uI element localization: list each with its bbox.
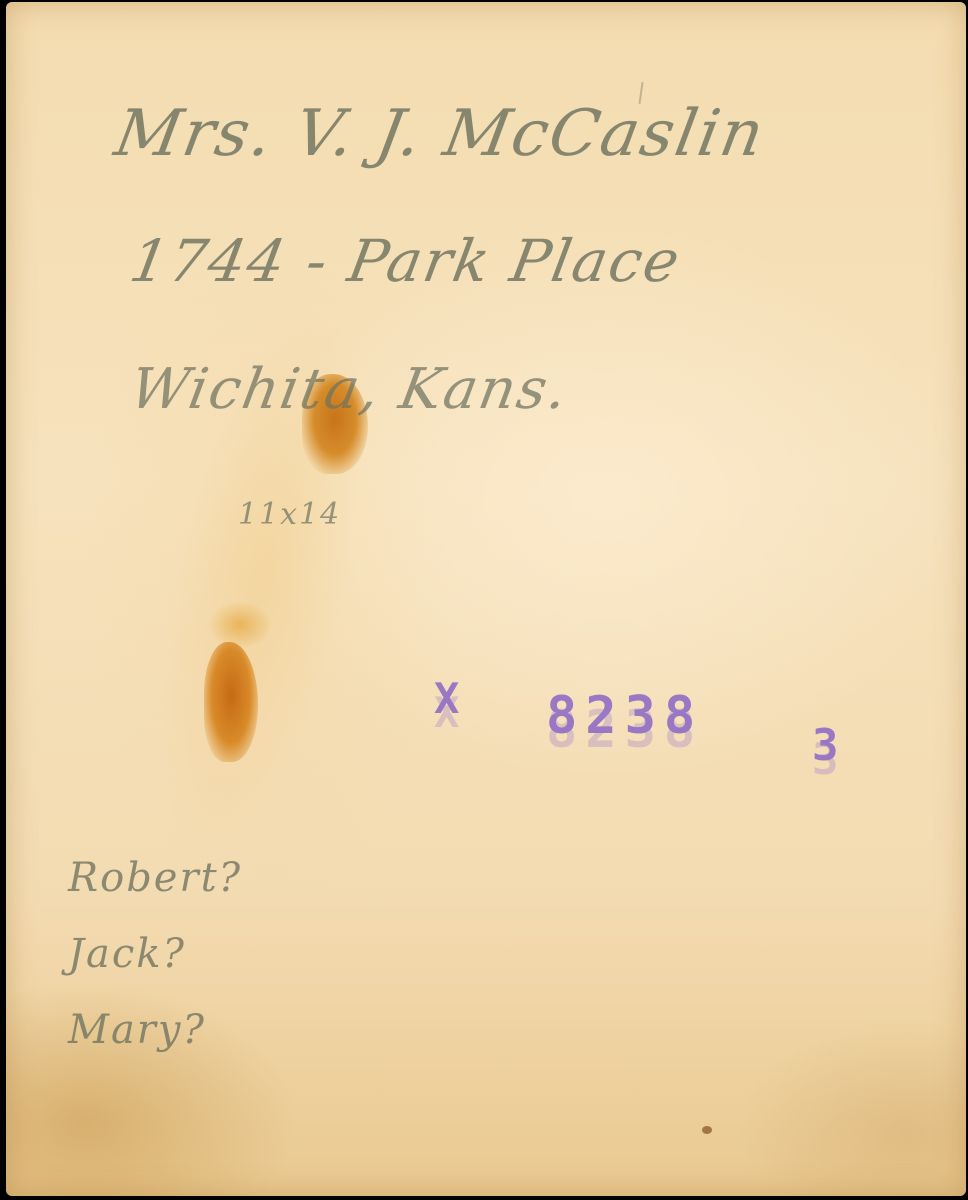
stamp-suffix: 3 (812, 720, 839, 771)
dirt-spot (702, 1126, 712, 1134)
address-name-line: Mrs. V. J. McCaslin (109, 97, 770, 171)
stamp-prefix: X (434, 674, 459, 723)
print-size-note: 11x14 (238, 497, 341, 532)
rust-stain-lower (204, 642, 258, 762)
address-city-line: Wichita, Kans. (125, 357, 574, 422)
name-entry: Jack? (68, 916, 242, 992)
stamp-number: 8238 (546, 686, 703, 746)
name-entry: Mary? (68, 992, 242, 1068)
address-street-line: 1744 - Park Place (125, 227, 686, 295)
photo-back-card: Mrs. V. J. McCaslin 1744 - Park Place Wi… (6, 2, 966, 1196)
names-list: Robert? Jack? Mary? (68, 840, 242, 1068)
rust-stain-splash (210, 602, 270, 648)
name-entry: Robert? (68, 840, 242, 916)
